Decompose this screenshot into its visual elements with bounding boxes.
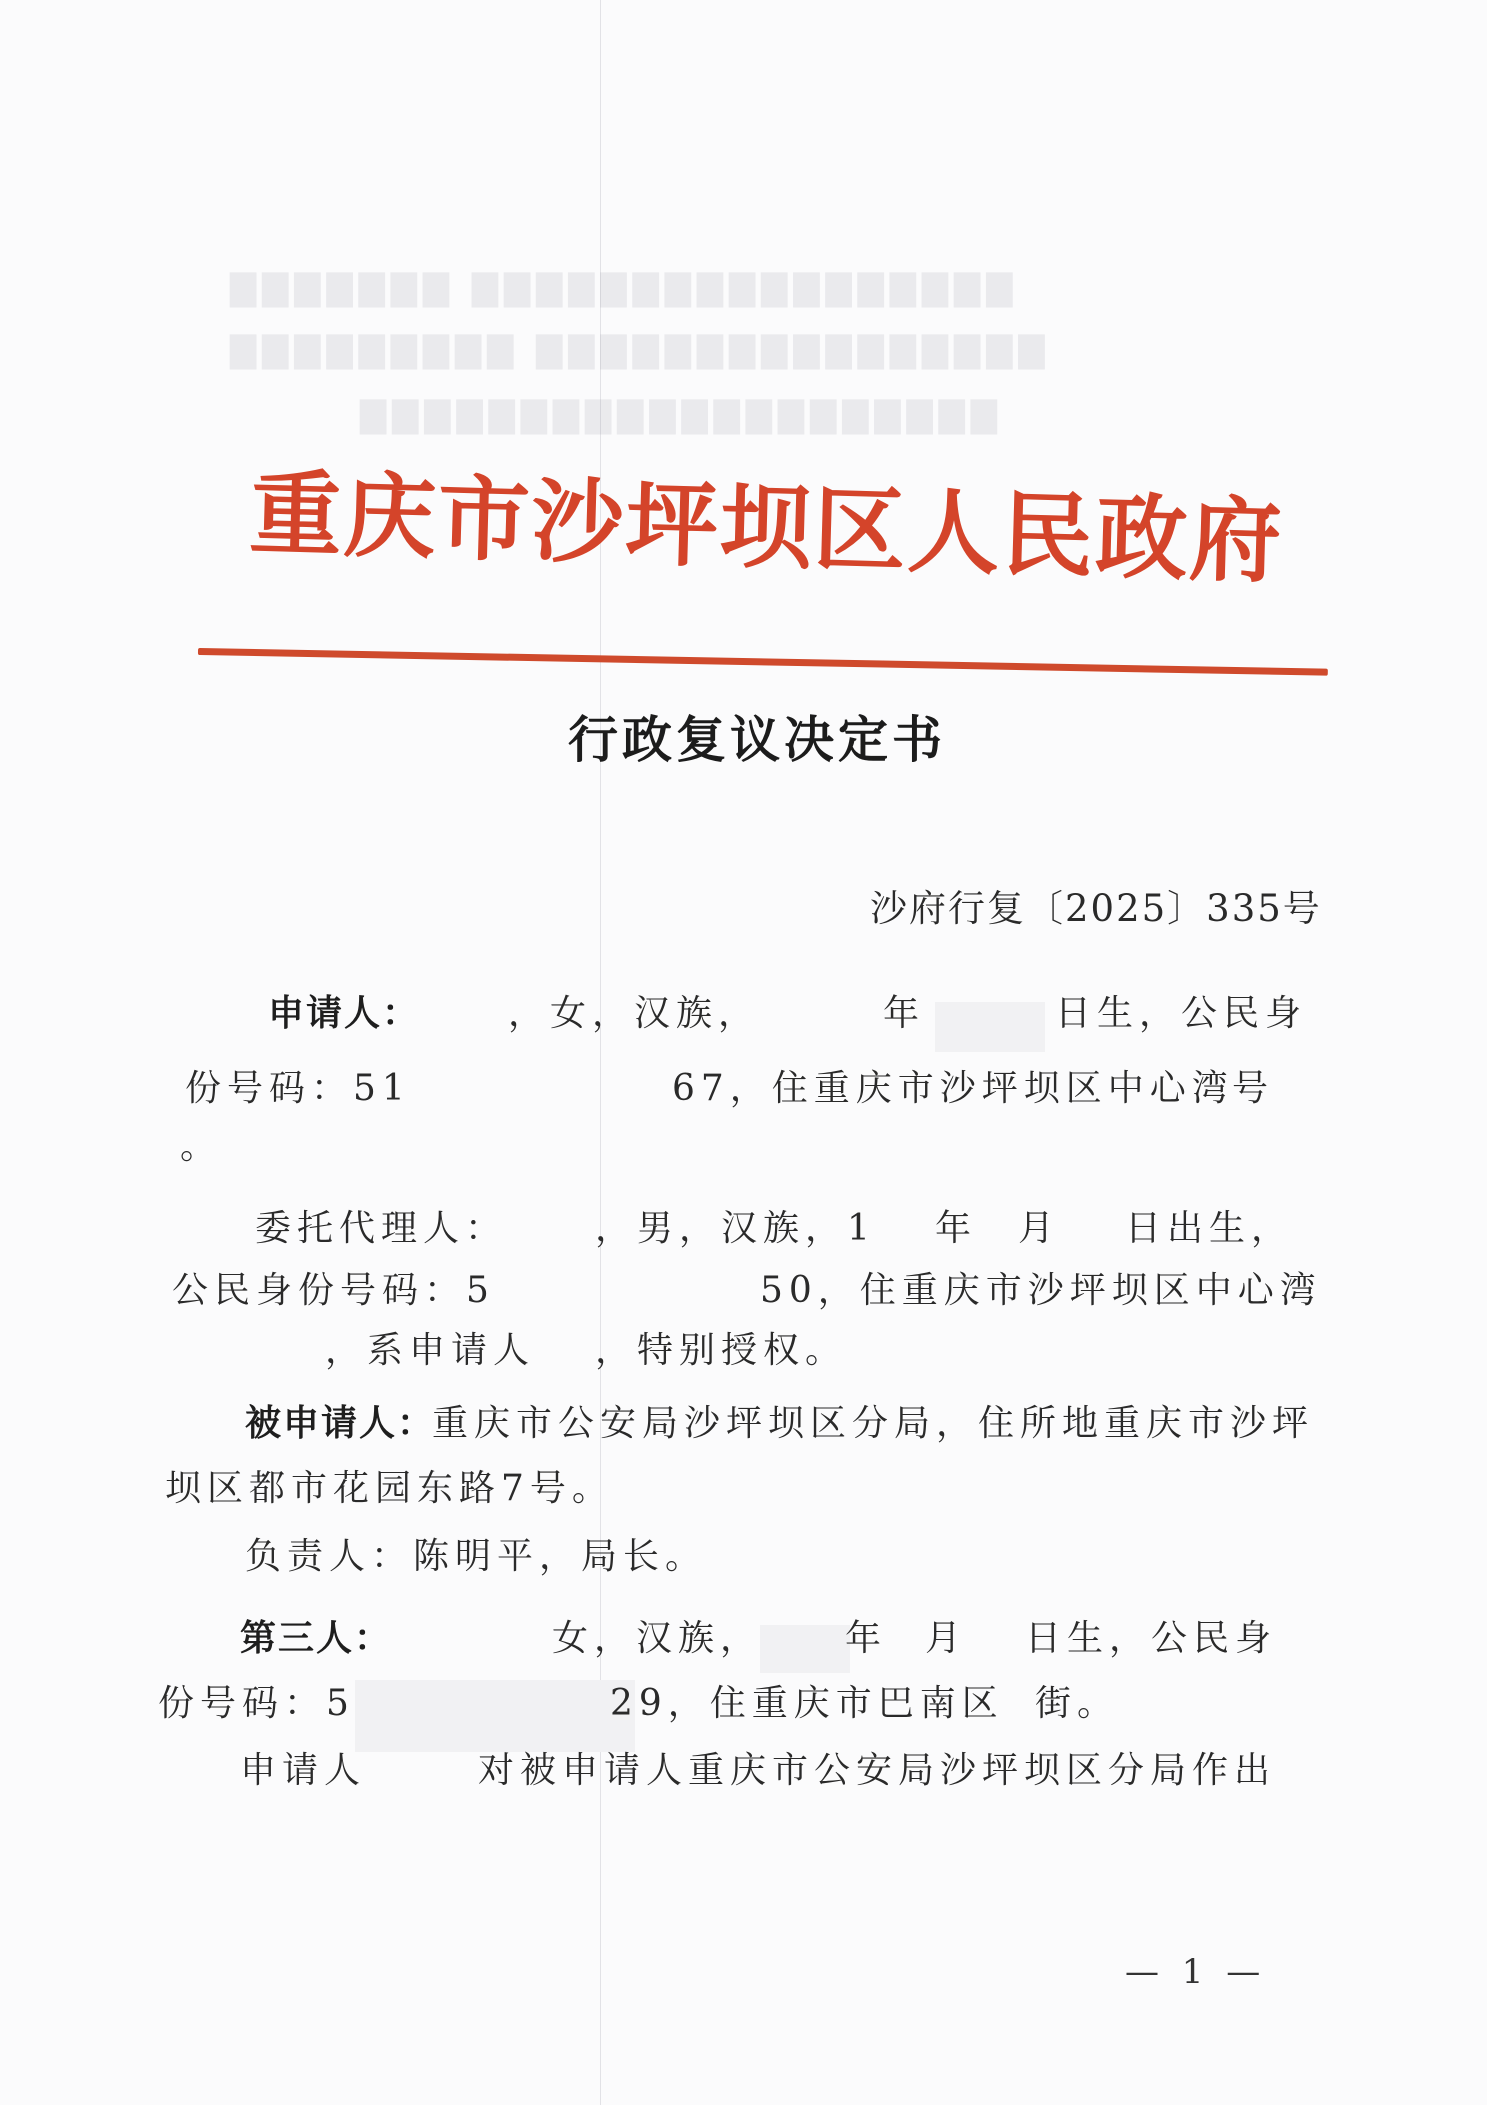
applicant-label: 申请人： [268,985,420,1036]
applicant-line2-part2: 67，住重庆市沙坪坝区中心湾 [672,1060,1234,1111]
third-party-line2-part2: 29，住重庆市巴南区 [610,1675,1004,1726]
third-party-line1-part3: 月 [925,1610,967,1661]
third-party-line1-part4: 日生，公民身 [1025,1610,1277,1661]
respondent-head: 负责人：陈明平，局长。 [245,1528,707,1579]
redacted-block [935,1002,1045,1052]
agent-line3-part2: ，特别授权。 [595,1322,847,1373]
third-party-line1-part2: 年 [845,1610,887,1661]
applicant-line1-part3: 日生，公民身 [1055,985,1307,1036]
issuer-header: 重庆市沙坪坝区人民政府 [248,440,1271,600]
agent-line2-part2: 50，住重庆市沙坪坝区中心湾 [760,1262,1322,1313]
agent-line3-part1: ，系申请人 [325,1322,535,1373]
applicant-line2-part3: 号 [1232,1060,1274,1111]
bleed-through-text: ▇▇▇▇▇▇▇▇▇▇▇▇▇▇▇▇▇▇▇▇ [360,395,1003,435]
agent-label: 委托代理人： [255,1200,507,1251]
redacted-block [760,1625,850,1673]
body-line1-part1: 申请人 [240,1742,366,1793]
third-party-line1-part1: 女，汉族， [552,1610,762,1661]
page-number: — 1 — [1125,1952,1266,1992]
document-type-title: 行政复议决定书 [568,700,946,772]
third-party-line2-part1: 份号码：51 [158,1675,384,1726]
applicant-line2-part1: 份号码：51 [185,1060,411,1111]
applicant-line1-part1: ，女，汉族， [508,985,760,1036]
applicant-line1-part2: 年 [883,985,925,1036]
body-line1-part2: 对被申请人重庆市公安局沙坪坝区分局作出 [478,1742,1276,1793]
bleed-through-text: ▇▇▇▇▇▇▇ ▇▇▇▇▇▇▇▇▇▇▇▇▇▇▇▇▇ [230,268,1018,308]
agent-line2-part1: 公民身份号码：5 [172,1262,495,1313]
agent-line1-part3: 月 [1018,1200,1060,1251]
agent-line1-part1: ，男，汉族，1 [595,1200,876,1251]
applicant-line3: 。 [180,1118,222,1169]
respondent-label: 被申请人： [245,1395,435,1446]
agent-line1-part4: 日出生， [1125,1200,1293,1251]
third-party-line2-part3: 街。 [1035,1675,1119,1726]
red-divider-rule [198,648,1328,676]
respondent-line1: 重庆市公安局沙坪坝区分局，住所地重庆市沙坪 [432,1395,1314,1446]
agent-line1-part2: 年 [935,1200,977,1251]
respondent-line2: 坝区都市花园东路7号。 [165,1460,614,1511]
third-party-label: 第三人： [240,1610,392,1661]
document-number: 沙府行复〔2025〕335号 [870,878,1322,932]
bleed-through-text: ▇▇▇▇▇▇▇▇▇ ▇▇▇▇▇▇▇▇▇▇▇▇▇▇▇▇ [230,330,1051,370]
